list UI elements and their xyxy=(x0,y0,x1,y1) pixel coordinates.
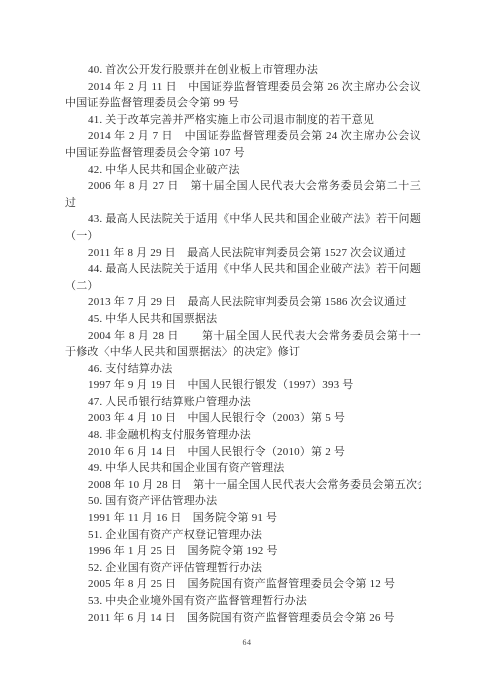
text-line: 42. 中华人民共和国企业破产法 xyxy=(65,162,421,179)
text-line: 2006 年 8 月 27 日 第十届全国人民代表大会常务委员会第二十三次会议通 xyxy=(65,178,421,195)
text-line: 48. 非金融机构支付服务管理办法 xyxy=(65,427,421,444)
text-line: 过 xyxy=(65,195,421,212)
text-line: 47. 人民币银行结算账户管理办法 xyxy=(65,394,421,411)
text-line: 1991 年 11 月 16 日 国务院令第 91 号 xyxy=(65,510,421,527)
text-line: 2011 年 6 月 14 日 国务院国有资产监督管理委员会令第 26 号 xyxy=(65,610,421,627)
text-line: 中国证券监督管理委员会令第 99 号 xyxy=(65,95,421,112)
text-line: 45. 中华人民共和国票据法 xyxy=(65,311,421,328)
text-line: 中国证券监督管理委员会令第 107 号 xyxy=(65,145,421,162)
text-line: 52. 企业国有资产评估管理暂行办法 xyxy=(65,560,421,577)
text-line: 43. 最高人民法院关于适用《中华人民共和国企业破产法》若干问题的规定 xyxy=(65,211,421,228)
page-number: 64 xyxy=(0,638,494,647)
text-line: 46. 支付结算办法 xyxy=(65,361,421,378)
text-line: 51. 企业国有资产产权登记管理办法 xyxy=(65,527,421,544)
text-line: 40. 首次公开发行股票并在创业板上市管理办法 xyxy=(65,62,421,79)
text-line: 50. 国有资产评估管理办法 xyxy=(65,493,421,510)
text-line: （二） xyxy=(65,278,421,295)
text-line: 44. 最高人民法院关于适用《中华人民共和国企业破产法》若干问题的规定 xyxy=(65,261,421,278)
text-line: 53. 中央企业境外国有资产监督管理暂行办法 xyxy=(65,593,421,610)
text-line: 2014 年 2 月 11 日 中国证券监督管理委员会第 26 次主席办公会议审… xyxy=(65,79,421,96)
text-line: 2011 年 8 月 29 日 最高人民法院审判委员会第 1527 次会议通过 xyxy=(65,245,421,262)
text-line: 49. 中华人民共和国企业国有资产管理法 xyxy=(65,460,421,477)
text-line: 2005 年 8 月 25 日 国务院国有资产监督管理委员会令第 12 号 xyxy=(65,576,421,593)
text-line: 2014 年 2 月 7 日 中国证券监督管理委员会第 24 次主席办公会议审议… xyxy=(65,128,421,145)
text-line: （一） xyxy=(65,228,421,245)
text-line: 2008 年 10 月 28 日 第十一届全国人民代表大会常务委员会第五次会议通… xyxy=(65,477,421,494)
text-line: 2010 年 6 月 14 日 中国人民银行令（2010）第 2 号 xyxy=(65,444,421,461)
text-line: 2013 年 7 月 29 日 最高人民法院审判委员会第 1586 次会议通过 xyxy=(65,294,421,311)
text-block: 40. 首次公开发行股票并在创业板上市管理办法2014 年 2 月 11 日 中… xyxy=(65,62,421,626)
text-line: 2003 年 4 月 10 日 中国人民银行令（2003）第 5 号 xyxy=(65,410,421,427)
text-line: 1996 年 1 月 25 日 国务院令第 192 号 xyxy=(65,543,421,560)
text-line: 2004 年 8 月 28 日 第十届全国人民代表大会常务委员会第十一次会议《关 xyxy=(65,328,421,345)
document-page: 40. 首次公开发行股票并在创业板上市管理办法2014 年 2 月 11 日 中… xyxy=(0,0,494,700)
text-line: 于修改〈中华人民共和国票据法〉的决定》修订 xyxy=(65,344,421,361)
text-line: 41. 关于改革完善并严格实施上市公司退市制度的若干意见 xyxy=(65,112,421,129)
text-line: 1997 年 9 月 19 日 中国人民银行银发（1997）393 号 xyxy=(65,377,421,394)
